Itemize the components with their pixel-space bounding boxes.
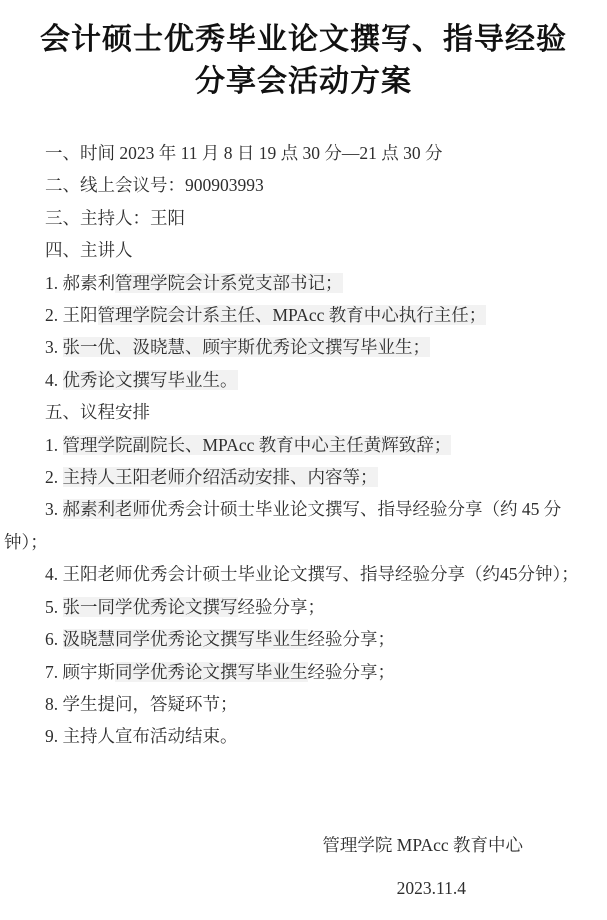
paragraph-1: 一、时间 2023 年 11 月 8 日 19 点 30 分—21 点 30 分 bbox=[4, 137, 603, 169]
paragraph-11: 2. 主持人王阳老师介绍活动安排、内容等； bbox=[4, 461, 603, 493]
paragraph-12: 3. 郝素利老师优秀会计硕士毕业论文撰写、指导经验分享（约 45 分钟）； bbox=[4, 493, 603, 558]
paragraph-15: 6. 汲晓慧同学优秀论文撰写毕业生经验分享； bbox=[4, 623, 603, 655]
text-segment: 7. 顾宇斯 bbox=[45, 662, 115, 682]
paragraph-4: 四、主讲人 bbox=[4, 234, 603, 266]
text-segment: 3. bbox=[45, 337, 63, 357]
highlighted-text-segment: 优秀论文撰写毕业生。 bbox=[63, 370, 238, 390]
document-title: 会计硕士优秀毕业论文撰写、指导经验分享会活动方案 bbox=[0, 19, 607, 103]
text-segment: 四、主讲人 bbox=[45, 240, 133, 260]
paragraph-3: 三、主持人：王阳 bbox=[4, 202, 603, 234]
text-segment: 三、主持人：王阳 bbox=[45, 208, 185, 228]
highlighted-text-segment: 汲晓慧同学优秀论文撰写毕业生 bbox=[63, 629, 308, 649]
highlighted-text-segment: 主持人王阳老师介绍活动安排、内容等； bbox=[63, 467, 378, 487]
paragraph-14: 5. 张一同学优秀论文撰写经验分享； bbox=[4, 591, 603, 623]
text-segment: 8. 学生提问，答疑环节； bbox=[45, 694, 238, 714]
text-segment: 4. bbox=[45, 370, 63, 390]
paragraph-9: 五、议程安排 bbox=[4, 396, 603, 428]
text-segment: 9. 主持人宣布活动结束。 bbox=[45, 726, 238, 746]
highlighted-text-segment: 张一优、汲晓慧、顾宇斯优秀论文撰写毕业生； bbox=[63, 337, 431, 357]
text-segment: 钟）； bbox=[4, 532, 48, 552]
text-segment: 优秀会计硕士毕业论文撰写、指导经验分享（约 45 分 bbox=[150, 499, 561, 519]
paragraph-7: 3. 张一优、汲晓慧、顾宇斯优秀论文撰写毕业生； bbox=[4, 331, 603, 363]
paragraph-8: 4. 优秀论文撰写毕业生。 bbox=[4, 364, 603, 396]
text-segment: 1. bbox=[45, 435, 63, 455]
text-segment: 经验分享； bbox=[238, 597, 326, 617]
text-segment: 二、线上会议号：900903993 bbox=[45, 175, 264, 195]
paragraph-16: 7. 顾宇斯同学优秀论文撰写毕业生经验分享； bbox=[4, 656, 603, 688]
text-segment: 6. bbox=[45, 629, 63, 649]
document-body: 一、时间 2023 年 11 月 8 日 19 点 30 分—21 点 30 分… bbox=[0, 137, 607, 753]
highlighted-text-segment: 张一同学优秀论文撰写 bbox=[63, 597, 238, 617]
signature-org: 管理学院 MPAcc 教育中心 bbox=[4, 829, 603, 861]
paragraph-6: 2. 王阳管理学院会计系主任、MPAcc 教育中心执行主任； bbox=[4, 299, 603, 331]
text-segment: 经验分享； bbox=[308, 629, 396, 649]
signature-date: 2023.11.4 bbox=[4, 872, 603, 904]
highlighted-text-segment: 管理学院会计系主任、MPAcc 教育中心执行主任； bbox=[98, 305, 487, 325]
text-segment: 1. 郝素利 bbox=[45, 273, 115, 293]
text-segment: 2. bbox=[45, 467, 63, 487]
signature-block: 管理学院 MPAcc 教育中心 2023.11.4 bbox=[0, 829, 607, 905]
title-line-1: 会计硕士优秀毕业论文撰写、指导经验 bbox=[40, 23, 567, 56]
highlighted-text-segment: 管理学院会计系党支部书记； bbox=[115, 273, 343, 293]
paragraph-2: 二、线上会议号：900903993 bbox=[4, 169, 603, 201]
text-segment: 一、时间 2023 年 11 月 8 日 19 点 30 分—21 点 30 分 bbox=[45, 143, 442, 163]
title-line-2: 分享会活动方案 bbox=[195, 65, 412, 98]
paragraph-18: 9. 主持人宣布活动结束。 bbox=[4, 720, 603, 752]
highlighted-text-segment: 同学优秀论文撰写毕业生 bbox=[115, 662, 308, 682]
highlighted-text-segment: 管理学院副院长、MPAcc 教育中心主任黄辉致辞； bbox=[63, 435, 452, 455]
paragraph-17: 8. 学生提问，答疑环节； bbox=[4, 688, 603, 720]
text-segment: 4. 王阳老师优秀会计硕士毕业论文撰写、指导经验分享（约45分钟）； bbox=[45, 564, 579, 584]
text-segment: 5. bbox=[45, 597, 63, 617]
highlighted-text-segment: 郝素利老师 bbox=[63, 499, 151, 519]
paragraph-13: 4. 王阳老师优秀会计硕士毕业论文撰写、指导经验分享（约45分钟）； bbox=[4, 558, 603, 590]
text-segment: 五、议程安排 bbox=[45, 402, 150, 422]
paragraph-5: 1. 郝素利管理学院会计系党支部书记； bbox=[4, 267, 603, 299]
text-segment: 2. 王阳 bbox=[45, 305, 98, 325]
document-page: 会计硕士优秀毕业论文撰写、指导经验分享会活动方案 一、时间 2023 年 11 … bbox=[0, 0, 607, 920]
text-segment: 3. bbox=[45, 499, 63, 519]
text-segment: 经验分享； bbox=[308, 662, 396, 682]
paragraph-10: 1. 管理学院副院长、MPAcc 教育中心主任黄辉致辞； bbox=[4, 429, 603, 461]
